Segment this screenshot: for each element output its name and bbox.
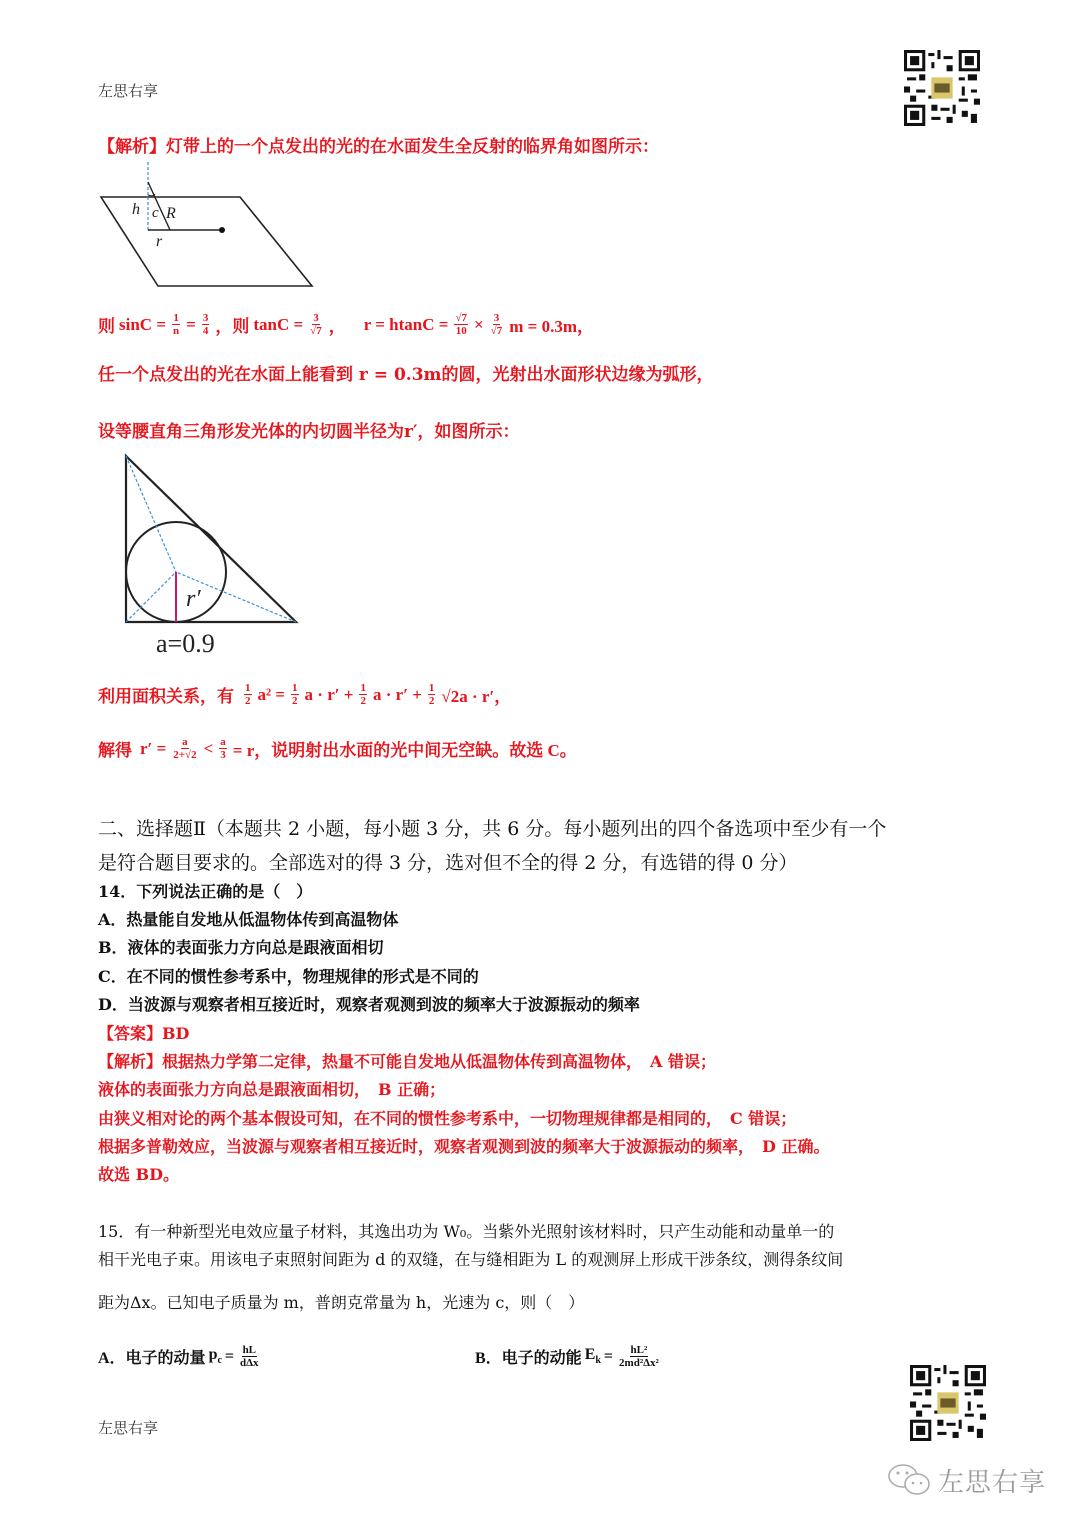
fraction: a2+√2	[172, 736, 197, 761]
label-R: R	[165, 205, 176, 222]
wechat-icon	[887, 1462, 933, 1498]
label-r-prime: r′	[186, 586, 201, 612]
qr-code-icon	[910, 1365, 986, 1441]
incircle-triangle-diagram: r′ a=0.9	[110, 448, 310, 663]
text: =	[186, 315, 196, 335]
question-15-option-b: B．电子的动能 Ek = hL²2md²Δx²	[475, 1344, 662, 1369]
text: =	[604, 1348, 613, 1366]
text: r = htanC =	[364, 315, 449, 335]
question-14-analysis-5: 故选 BD。	[98, 1162, 179, 1185]
header-brand: 左思右享	[98, 80, 158, 101]
label-h: h	[132, 201, 140, 218]
section-title-line-2: 是符合题目要求的。全部选对的得 3 分，选对但不全的得 2 分，有选错的得 0 …	[98, 848, 798, 875]
label-a: a=0.9	[156, 629, 215, 658]
question-14-analysis-4: 根据多普勒效应，当波源与观察者相互接近时，观察者观测到波的频率大于波源振动的频率…	[98, 1134, 829, 1157]
fraction: 12	[428, 682, 436, 707]
text: 利用面积关系，有	[98, 682, 234, 707]
question-15-line-3: 距为Δx。已知电子质量为 m，普朗克常量为 h，光速为 c，则（ ）	[98, 1290, 584, 1313]
text: a² =	[258, 685, 286, 705]
fraction: 34	[202, 312, 210, 337]
text: a · r′ +	[305, 685, 354, 705]
watermark-brand: 左思右享	[938, 1462, 1046, 1499]
footer-brand: 左思右享	[98, 1417, 158, 1438]
critical-angle-diagram: h c R r	[98, 160, 318, 292]
question-14-option-a: A．热量能自发地从低温物体传到高温物体	[98, 907, 398, 930]
equation-area-relation: 利用面积关系，有 12 a² = 12 a · r′ + 12 a · r′ +…	[98, 682, 511, 707]
text: tanC =	[253, 315, 303, 335]
text: 则	[98, 312, 115, 337]
question-14-option-d: D．当波源与观察者相互接近时，观察者观测到波的频率大于波源振动的频率	[98, 992, 640, 1015]
text: B．电子的动能	[475, 1345, 582, 1368]
analysis-intro: 【解析】灯带上的一个点发出的光的在水面发生全反射的临界角如图所示：	[98, 132, 659, 157]
text: m = 0.3m，	[509, 312, 594, 337]
equation-sinC-tanC: 则 sinC = 1n = 34 ，则 tanC = 3√7 ， r = hta…	[98, 312, 594, 337]
question-14-stem: 14．下列说法正确的是（ ）	[98, 879, 312, 902]
question-15-line-2: 相干光电子束。用该电子束照射间距为 d 的双缝，在与缝相距为 L 的观测屏上形成…	[98, 1247, 843, 1270]
text: Ek	[585, 1346, 601, 1366]
text: ，	[329, 312, 346, 337]
fraction: 1n	[172, 312, 180, 337]
text: =	[225, 1348, 234, 1366]
qr-code-icon	[904, 50, 980, 126]
text: sinC =	[119, 315, 166, 335]
question-14-answer: 【答案】BD	[98, 1021, 189, 1044]
equation-solve-r-prime: 解得 r′ = a2+√2 < a3 = r，说明射出水面的光中间无空缺。故选 …	[98, 736, 577, 761]
fraction: 12	[244, 682, 252, 707]
fraction: a3	[219, 736, 227, 761]
analysis-line-3: 设等腰直角三角形发光体的内切圆半径为r′，如图所示：	[98, 417, 519, 442]
text: a · r′ +	[373, 685, 422, 705]
question-14-analysis-1: 【解析】根据热力学第二定律，热量不可能自发地从低温物体传到高温物体， A 错误；	[98, 1049, 716, 1072]
question-14-analysis-3: 由狭义相对论的两个基本假设可知，在不同的惯性参考系中，一切物理规律都是相同的， …	[98, 1106, 796, 1129]
question-15-option-a: A．电子的动量 pc = hLdΔx	[98, 1344, 262, 1369]
question-15-line-1: 15．有一种新型光电效应量子材料，其逸出功为 W₀。当紫外光照射该材料时，只产生…	[98, 1219, 834, 1242]
fraction: hLdΔx	[239, 1344, 260, 1369]
text: ×	[474, 315, 484, 335]
fraction: hL²2md²Δx²	[618, 1344, 660, 1369]
text: <	[204, 739, 214, 759]
fraction: 12	[359, 682, 367, 707]
text: pc	[209, 1346, 222, 1366]
text: r′ =	[140, 739, 166, 759]
fraction: 12	[291, 682, 299, 707]
text: √2a · r′，	[441, 682, 511, 707]
text: 解得	[98, 736, 132, 761]
text: A．电子的动量	[98, 1345, 206, 1368]
fraction: 3√7	[309, 312, 323, 337]
fraction: √710	[454, 312, 468, 337]
section-title-line-1: 二、选择题Ⅱ（本题共 2 小题，每小题 3 分，共 6 分。每小题列出的四个备选…	[98, 814, 886, 841]
label-r: r	[156, 233, 163, 250]
fraction: 3√7	[490, 312, 504, 337]
label-c: c	[152, 205, 159, 221]
question-14-option-b: B．液体的表面张力方向总是跟液面相切	[98, 935, 384, 958]
text: = r，说明射出水面的光中间无空缺。故选 C。	[233, 736, 577, 761]
question-14-analysis-2: 液体的表面张力方向总是跟液面相切， B 正确；	[98, 1077, 445, 1100]
text: ，则	[215, 312, 249, 337]
analysis-line-2: 任一个点发出的光在水面上能看到 r = 0.3m的圆，光射出水面形状边缘为弧形，	[98, 360, 714, 385]
question-14-option-c: C．在不同的惯性参考系中，物理规律的形式是不同的	[98, 964, 479, 987]
